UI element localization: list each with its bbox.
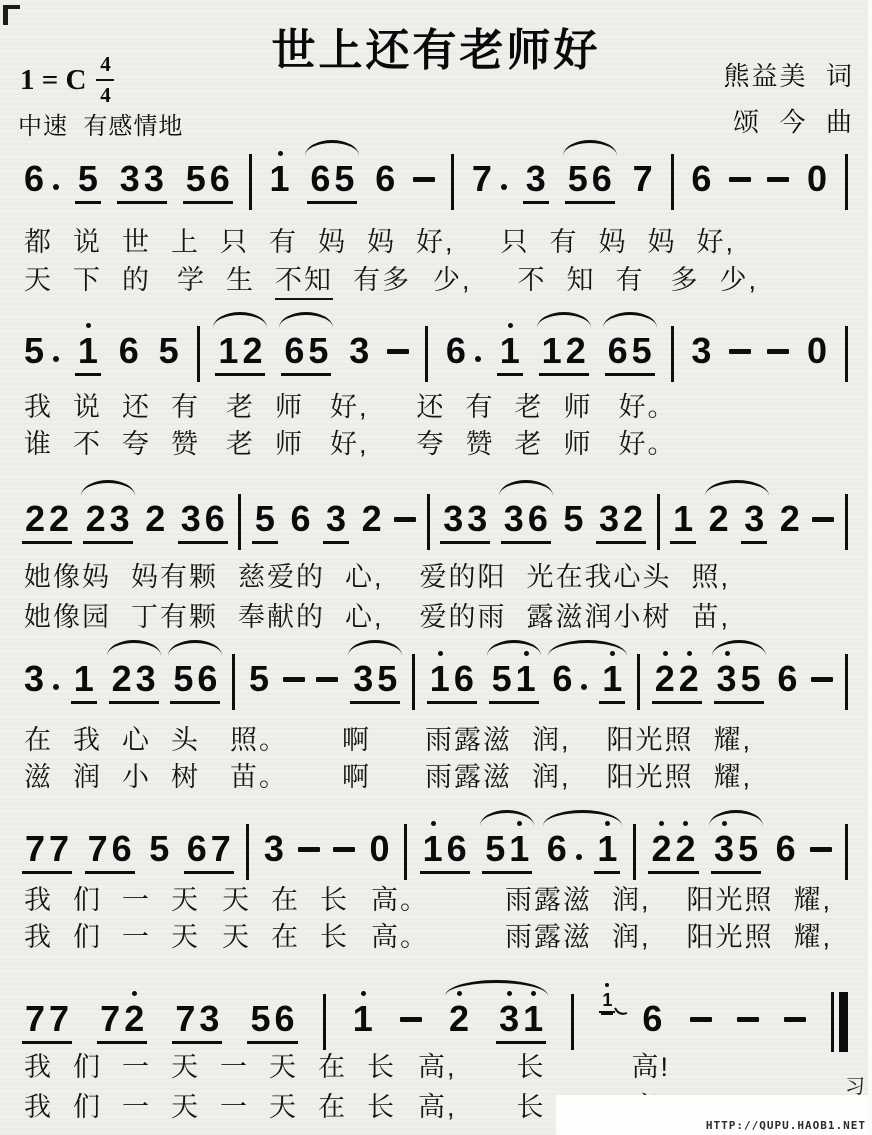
lyric-segment: 还: [122, 385, 151, 424]
note-token: 3: [323, 500, 349, 544]
lyric-segment: 有: [269, 220, 298, 259]
barline: [571, 994, 574, 1050]
lyrics-row-verse2: 她像园丁有颗奉献的心,爱的雨露滋润小树苗,: [24, 595, 842, 634]
duration-dash: [413, 177, 435, 182]
lyric-segment: 们: [73, 1085, 102, 1124]
note-digit: 5: [253, 500, 277, 538]
note-digit: 3: [118, 160, 142, 198]
slur-arc: [705, 480, 769, 496]
lyric-segment: 爱的雨: [420, 595, 507, 634]
note-digit: 5: [22, 332, 46, 370]
barline: [232, 654, 235, 710]
note-digit: 2: [673, 830, 697, 868]
barline: [425, 326, 428, 382]
lyric-segment: 天: [269, 1045, 298, 1084]
lyric-segment: 阳光照: [687, 878, 774, 917]
lyric-segment: 妈: [648, 220, 677, 259]
lyrics-row-verse1: 我说还有老师好,还有老师好。: [24, 385, 842, 424]
lyric-segment: 照,: [692, 555, 731, 594]
lyric-segment: 在: [271, 878, 300, 917]
note-digit: 2: [653, 660, 677, 698]
lyric-segment: 树: [171, 755, 200, 794]
note-token: 31: [496, 1000, 546, 1044]
lyric-segment: 高,: [418, 1085, 457, 1124]
lyric-segment: 师: [275, 422, 304, 461]
barline: [657, 494, 660, 550]
note-token: 6: [689, 160, 713, 198]
note-token: 1: [267, 160, 291, 198]
note-digit: 7: [631, 160, 655, 198]
lyrics-row-verse1: 我们一天一天在长高,长高!: [24, 1045, 842, 1084]
note-digit: 2: [23, 500, 47, 538]
song-title: 世上还有老师好: [272, 14, 601, 78]
octave-dot: [683, 821, 688, 826]
lyric-segment: 一: [220, 1085, 249, 1124]
note-digit: 3: [597, 500, 621, 538]
barline: [845, 824, 848, 880]
note-digit: 1: [216, 332, 240, 370]
barline: [845, 326, 848, 382]
lyric-segment: 照。: [230, 718, 288, 757]
note-digit: 6: [110, 830, 134, 868]
lyric-segment: 润: [73, 755, 102, 794]
slur-arc: [279, 312, 333, 328]
lyric-segment: 爱的阳: [420, 555, 507, 594]
note-token: 12: [539, 332, 589, 376]
grace-note: 1: [599, 990, 615, 1013]
lyric-segment: 在: [318, 1045, 347, 1084]
octave-dot: [687, 651, 692, 656]
key-signature: 1 = C 4 4: [20, 52, 114, 108]
lyric-segment: 光在我心头: [527, 555, 672, 594]
sheet-music-page: 世上还有老师好 1 = C 4 4 中速 有感情地 熊益美 词 颂 今 曲 65…: [0, 0, 872, 1135]
lyric-segment: 雨露滋: [505, 878, 592, 917]
octave-dot: [508, 323, 513, 328]
note-token: 65: [281, 332, 331, 376]
duration-dash: [316, 677, 338, 682]
lyric-segment: 我: [24, 915, 53, 954]
lyrics-row-verse2: 谁不夸赞老师好,夸赞老师好。: [24, 422, 842, 461]
lyric-segment: 心,: [345, 555, 384, 594]
note-digit: 2: [110, 660, 134, 698]
note-digit: 3: [351, 660, 375, 698]
note-token: 22: [22, 500, 72, 544]
lyric-segment: 赞: [171, 422, 200, 461]
note-digit: 3: [715, 660, 739, 698]
note-digit: 6: [373, 160, 397, 198]
note-token: 5: [75, 160, 101, 204]
lyric-segment: 少,: [433, 258, 472, 297]
music-system: 2223236563233365321232: [22, 500, 848, 550]
lyric-segment: 只: [220, 220, 249, 259]
note-digit: 7: [470, 160, 494, 198]
slur-arc: [603, 312, 657, 328]
augmentation-dot: [501, 184, 507, 190]
duration-dash: [784, 1017, 806, 1022]
note-token: 56: [183, 160, 233, 204]
lyric-segment: 世: [122, 220, 151, 259]
lyric-segment: 丁有颗: [131, 595, 218, 634]
note-digit: 6: [117, 332, 141, 370]
time-signature-line: [96, 79, 114, 81]
octave-dot: [438, 651, 443, 656]
lyric-segment: 不: [73, 422, 102, 461]
lyric-segment: 耀,: [794, 915, 833, 954]
octave-dot: [86, 323, 91, 328]
lyric-segment: 阳光照: [687, 915, 774, 954]
octave-dot: [132, 991, 137, 996]
note-digit: 5: [247, 660, 271, 698]
note-digit: 5: [306, 332, 330, 370]
lyric-segment: 老: [515, 385, 544, 424]
note-token: 65: [307, 160, 357, 204]
augmentation-dot: [475, 356, 481, 362]
notes-row: 31235653516516122356: [22, 660, 848, 710]
note-token: 3: [689, 332, 713, 370]
lyric-segment: 少,: [720, 258, 759, 297]
octave-dot: [278, 151, 283, 156]
note-token: 0: [368, 830, 392, 868]
note-digit: 3: [465, 500, 489, 538]
note-digit: 6: [774, 830, 798, 868]
lyric-segment: 润,: [612, 915, 651, 954]
slur-arc: [499, 480, 553, 496]
augmentation-dot: [576, 854, 582, 860]
note-digit: 5: [566, 160, 590, 198]
duration-dash: [394, 517, 416, 522]
lyric-segment: 们: [73, 878, 102, 917]
note-digit: 2: [240, 332, 264, 370]
lyric-segment: 长: [367, 1045, 396, 1084]
lyric-segment: 润,: [532, 718, 571, 757]
note-digit: 5: [739, 660, 763, 698]
composer-credit: 颂 今 曲: [733, 102, 854, 139]
note-token: 56: [247, 1000, 297, 1044]
barline: [637, 654, 640, 710]
note-token: 35: [350, 660, 400, 704]
duration-dash: [283, 677, 305, 682]
note-digit: 0: [805, 160, 829, 198]
note-digit: 6: [606, 332, 630, 370]
slur-arc: [709, 810, 763, 826]
barline: [671, 326, 674, 382]
note-token: 3: [741, 500, 767, 544]
note-digit: 6: [526, 500, 550, 538]
note-digit: 5: [561, 500, 585, 538]
barline: [845, 654, 848, 710]
note-token: 6: [117, 332, 141, 370]
note-digit: 1: [540, 332, 564, 370]
final-barline: [831, 992, 848, 1052]
lyric-segment: 耀,: [714, 718, 753, 757]
note-digit: 1: [521, 1000, 545, 1038]
lyric-segment: 头: [171, 718, 200, 757]
lyric-segment: 长: [517, 1085, 546, 1124]
note-digit: 1: [72, 660, 96, 698]
note-token: 0: [805, 332, 829, 370]
note-digit: 1: [421, 830, 445, 868]
lyric-segment: 一: [220, 1045, 249, 1084]
music-system: 65335616567356760: [22, 160, 848, 210]
note-token: 33: [117, 160, 167, 204]
note-digit: 3: [179, 500, 203, 538]
note-digit: 6: [208, 160, 232, 198]
octave-dot: [361, 991, 366, 996]
tempo-marking: 中速 有感情地: [18, 106, 183, 141]
lyric-segment: 高。: [371, 878, 429, 917]
note-token: 1: [71, 660, 97, 704]
lyrics-row-verse1: 都说世上只有妈妈好,只有妈妈好,: [24, 220, 842, 259]
lyric-segment: 有: [466, 385, 495, 424]
lyric-segment: 夸: [417, 422, 446, 461]
final-barline-thin: [831, 992, 834, 1052]
note-token: 76: [85, 830, 135, 874]
lyric-segment: 她像妈: [24, 555, 111, 594]
lyric-segment: 奉献的: [238, 595, 325, 634]
note-token: 3: [347, 332, 371, 370]
note-token: 6: [545, 830, 582, 868]
lyric-segment: 师: [564, 422, 593, 461]
lyric-segment: 有: [550, 220, 579, 259]
note-token: 2: [447, 1000, 471, 1038]
note-digit: 1: [428, 660, 452, 698]
note-digit: 7: [23, 1000, 47, 1038]
music-system: 77765673016516122356: [22, 830, 848, 880]
note-token: 5: [147, 830, 171, 868]
note-token: 2: [707, 500, 731, 538]
note-token: 1: [351, 1000, 375, 1038]
note-digit: 3: [441, 500, 465, 538]
lyric-segment: 一: [122, 878, 151, 917]
note-digit: 6: [590, 160, 614, 198]
note-digit: 3: [742, 500, 766, 538]
note-token: 23: [109, 660, 159, 704]
notes-row: 51651265361126530: [22, 332, 848, 382]
music-system: 31235653516516122356: [22, 660, 848, 710]
lyric-segment: 我: [24, 1085, 53, 1124]
lyric-segment: 我: [24, 1045, 53, 1084]
lyric-segment: 好,: [330, 385, 369, 424]
lyric-segment: 我: [24, 385, 53, 424]
note-token: 2: [143, 500, 167, 538]
slur-arc: [548, 640, 627, 656]
slur-arc: [712, 640, 766, 656]
lyric-segment: 还: [417, 385, 446, 424]
barline: [197, 326, 200, 382]
note-digit: 5: [157, 332, 181, 370]
note-token: 6: [640, 1000, 664, 1038]
note-digit: 1: [514, 660, 538, 698]
note-digit: 2: [122, 1000, 146, 1038]
lyric-segment: 润,: [612, 878, 651, 917]
note-token: 33: [440, 500, 490, 544]
slur-arc: [487, 640, 541, 656]
note-token: 1: [75, 332, 101, 376]
lyric-segment: 滋: [24, 755, 53, 794]
lyric-segment: 心: [122, 718, 151, 757]
barline: [633, 824, 636, 880]
barline: [845, 494, 848, 550]
lyric-segment: 小: [122, 755, 151, 794]
slur-arc: [348, 640, 402, 656]
note-digit: 3: [347, 332, 371, 370]
note-token: 6: [288, 500, 312, 538]
lyrics-row-verse1: 我们一天天在长高。雨露滋润,阳光照耀,: [24, 878, 842, 917]
lyric-segment: 天: [171, 1045, 200, 1084]
slur-arc: [543, 810, 622, 826]
note-token: 6: [444, 332, 481, 370]
lyrics-row-verse2: 我们一天天在长高。雨露滋润,阳光照耀,: [24, 915, 842, 954]
note-digit: 5: [483, 830, 507, 868]
duration-dash: [767, 177, 789, 182]
lyric-segment: 长: [517, 1045, 546, 1084]
lyric-segment: 高。: [371, 915, 429, 954]
note-digit: 2: [360, 500, 384, 538]
note-token: 5: [247, 660, 271, 698]
lyric-segment: 不: [518, 258, 547, 297]
slur-arc: [107, 640, 161, 656]
lyric-segment: 一: [122, 1045, 151, 1084]
barline: [412, 654, 415, 710]
note-digit: 1: [600, 990, 614, 1010]
note-token: 1: [497, 332, 523, 376]
note-digit: 3: [134, 660, 158, 698]
barline: [323, 994, 326, 1050]
slur-arc: [81, 480, 135, 496]
lyric-segment: 说: [73, 385, 102, 424]
slur-arc: [168, 640, 222, 656]
notes-row: 77765673016516122356: [22, 830, 848, 880]
note-digit: 5: [375, 660, 399, 698]
augmentation-dot: [53, 684, 59, 690]
note-token: 12: [215, 332, 265, 376]
note-digit: 6: [775, 660, 799, 698]
lyric-segment: 生: [226, 258, 255, 297]
lyric-segment: 长: [320, 878, 349, 917]
lyric-segment: 好,: [416, 220, 455, 259]
note-digit: 6: [282, 332, 306, 370]
notes-row: 65335616567356760: [22, 160, 848, 210]
lyric-segment: 夸: [122, 422, 151, 461]
slur-arc: [305, 140, 359, 156]
note-digit: 3: [502, 500, 526, 538]
note-token: 5: [22, 332, 59, 370]
lyric-segment: 天: [171, 878, 200, 917]
lyric-segment: 在: [24, 718, 53, 757]
music-system: 51651265361126530: [22, 332, 848, 382]
note-digit: 1: [507, 830, 531, 868]
lyric-segment: 好。: [619, 385, 677, 424]
lyric-segment: 耀,: [714, 755, 753, 794]
duration-dash: [333, 847, 355, 852]
note-digit: 3: [689, 332, 713, 370]
note-digit: 1: [351, 1000, 375, 1038]
duration-dash: [387, 349, 409, 354]
lyric-segment: 天: [222, 915, 251, 954]
lyric-segment: 露滋润小树: [527, 595, 672, 634]
note-digit: 0: [805, 332, 829, 370]
barline: [238, 494, 241, 550]
note-token: 56: [565, 160, 615, 204]
scan-edge-strip: [868, 0, 872, 1135]
note-digit: 7: [47, 1000, 71, 1038]
note-token: 56: [170, 660, 220, 704]
note-token: 6: [373, 160, 397, 198]
notes-row: 2223236563233365321232: [22, 500, 848, 550]
note-token: 1: [599, 660, 625, 704]
note-digit: 3: [197, 1000, 221, 1038]
note-token: 0: [805, 160, 829, 198]
note-digit: 2: [649, 830, 673, 868]
note-digit: 5: [171, 660, 195, 698]
note-digit: 2: [447, 1000, 471, 1038]
note-digit: 6: [203, 500, 227, 538]
lyric-segment: 有: [616, 258, 645, 297]
lyric-segment: 老: [226, 385, 255, 424]
note-digit: 7: [86, 830, 110, 868]
octave-dot: [605, 983, 609, 987]
lyric-segment: 有多: [353, 258, 411, 297]
note-digit: 6: [195, 660, 219, 698]
lyric-segment: 说: [73, 220, 102, 259]
note-token: 5: [561, 500, 585, 538]
slur-arc: [563, 140, 617, 156]
note-digit: 6: [689, 160, 713, 198]
lyric-segment: 赞: [466, 422, 495, 461]
note-digit: 6: [22, 160, 46, 198]
duration-dash: [729, 177, 751, 182]
note-digit: 2: [707, 500, 731, 538]
note-digit: 7: [47, 830, 71, 868]
lyric-segment: 天: [24, 258, 53, 297]
lyric-segment: 高!: [632, 1045, 671, 1084]
lyrics-row-verse2: 滋润小树苗。啊雨露滋润,阳光照耀,: [24, 755, 842, 794]
lyric-segment: 在: [271, 915, 300, 954]
note-token: 16: [427, 660, 477, 704]
augmentation-dot: [581, 684, 587, 690]
note-digit: 6: [273, 1000, 297, 1038]
lyric-segment: 长: [320, 915, 349, 954]
note-digit: 7: [209, 830, 233, 868]
lyric-segment: 学: [177, 258, 206, 297]
note-digit: 2: [621, 500, 645, 538]
lyric-segment: 天: [171, 915, 200, 954]
note-digit: 3: [262, 830, 286, 868]
note-digit: 5: [630, 332, 654, 370]
lyric-segment: 好。: [619, 422, 677, 461]
lyric-segment: 都: [24, 220, 53, 259]
note-token: 6: [550, 660, 587, 698]
lyric-segment: 老: [226, 422, 255, 461]
note-token: 23: [83, 500, 133, 544]
note-token: 1: [670, 500, 696, 544]
note-digit: 6: [185, 830, 209, 868]
lyric-segment: 阳光照: [607, 755, 694, 794]
lyric-segment: 们: [73, 1045, 102, 1084]
note-digit: 3: [108, 500, 132, 538]
lyric-segment: 下: [73, 258, 102, 297]
note-digit: 1: [600, 660, 624, 698]
note-token: 36: [501, 500, 551, 544]
note-token: 3: [262, 830, 286, 868]
note-token: 5: [252, 500, 278, 544]
lyric-segment: 一: [122, 1085, 151, 1124]
note-token: 6: [22, 160, 59, 198]
lyric-segment: 的: [122, 258, 151, 297]
duration-dash: [729, 349, 751, 354]
barline: [404, 824, 407, 880]
note-digit: 6: [452, 660, 476, 698]
